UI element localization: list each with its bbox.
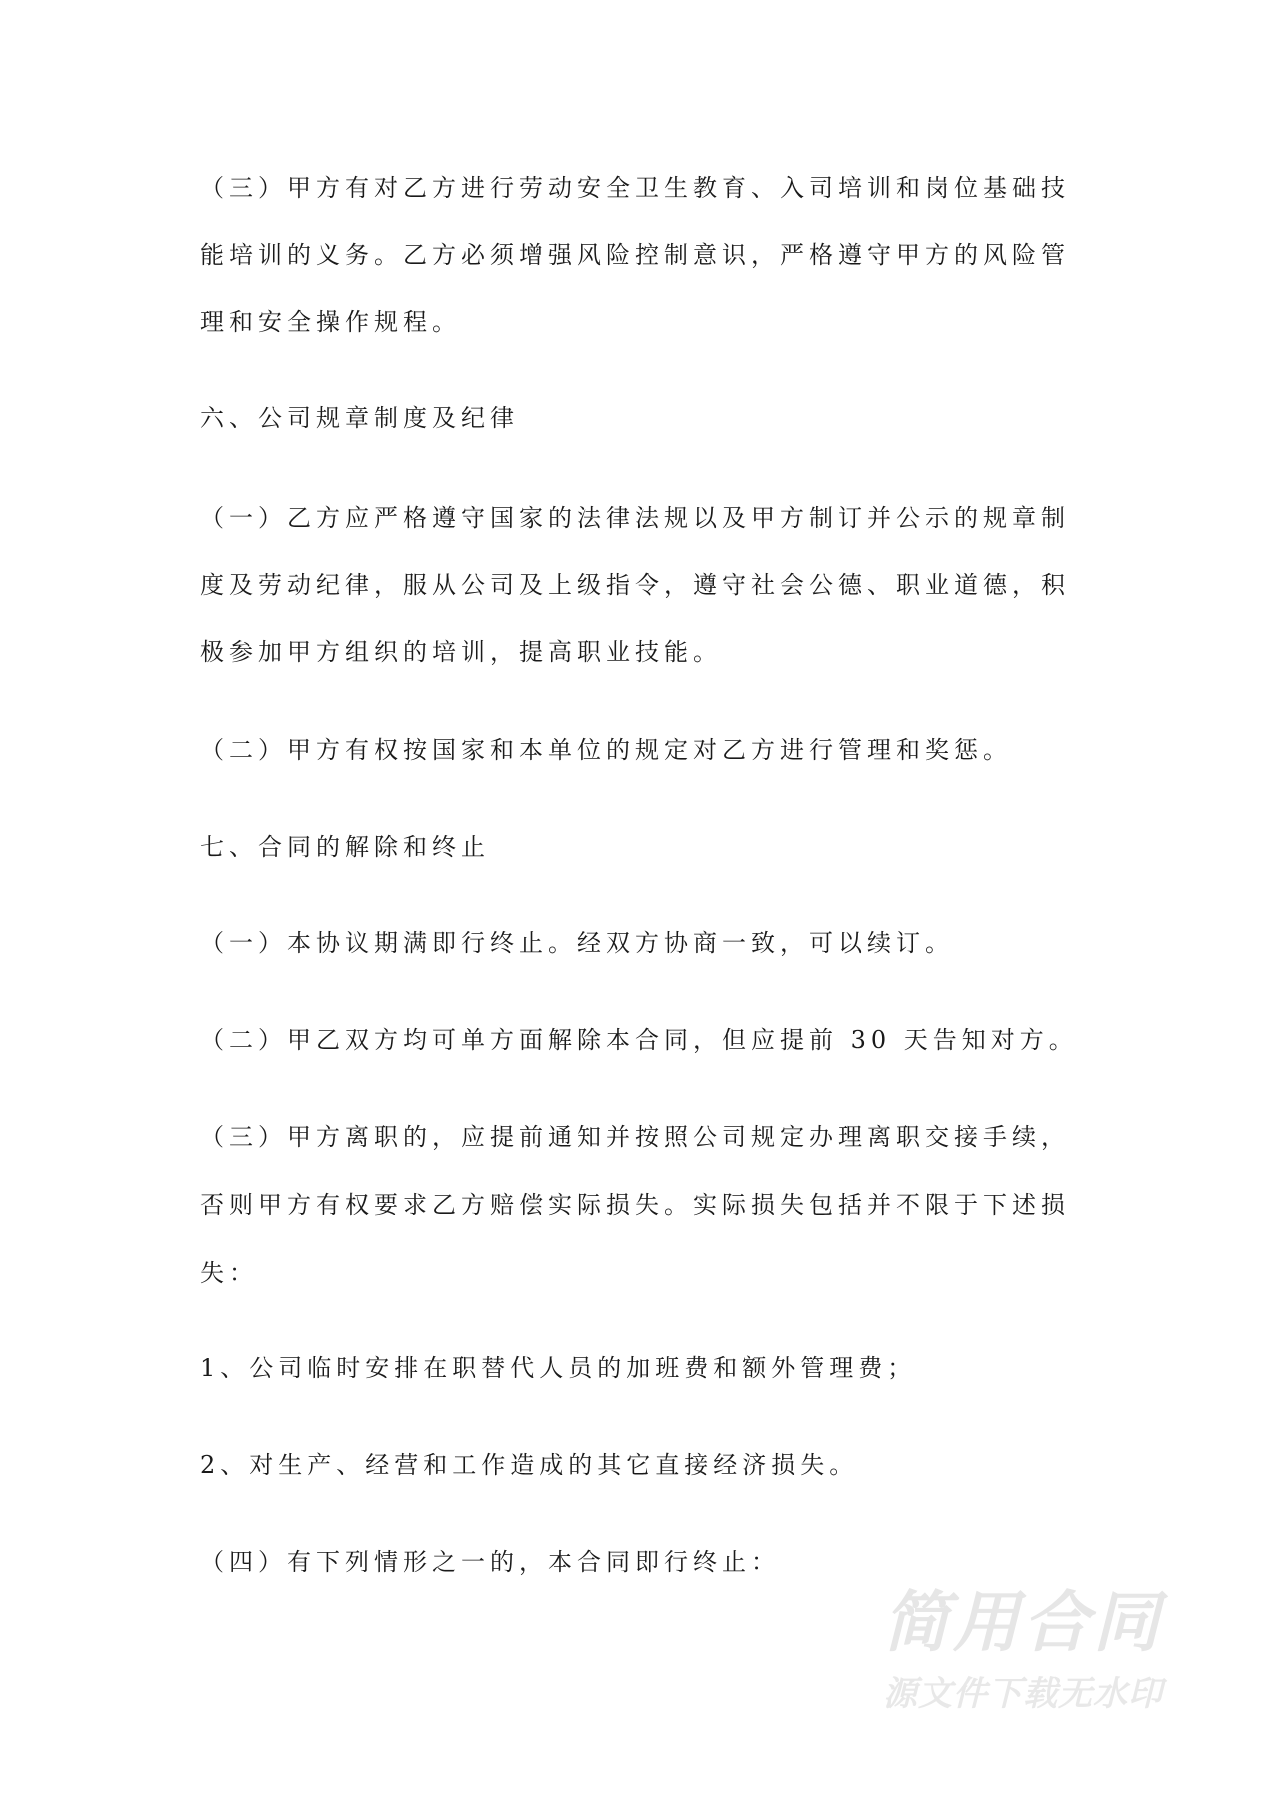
- clause-7-3-line-3: 失：: [200, 1253, 1100, 1293]
- clause-7-3-line-2: 否则甲方有权要求乙方赔偿实际损失。实际损失包括并不限于下述损: [200, 1185, 1100, 1225]
- list-item-1: 1、公司临时安排在职替代人员的加班费和额外管理费；: [200, 1348, 1100, 1388]
- watermark-subtitle: 源文件下载无水印: [883, 1676, 1183, 1712]
- paragraph-3-line-2: 能培训的义务。乙方必须增强风险控制意识，严格遵守甲方的风险管: [200, 235, 1100, 275]
- section-heading-7: 七、合同的解除和终止: [200, 827, 1100, 867]
- list-item-2: 2、对生产、经营和工作造成的其它直接经济损失。: [200, 1445, 1100, 1485]
- clause-7-1: （一）本协议期满即行终止。经双方协商一致，可以续订。: [200, 923, 1100, 963]
- clause-6-1-line-3: 极参加甲方组织的培训，提高职业技能。: [200, 632, 1100, 672]
- section-heading-6: 六、公司规章制度及纪律: [200, 398, 1100, 438]
- clause-6-1-line-2: 度及劳动纪律，服从公司及上级指令，遵守社会公德、职业道德，积: [200, 565, 1100, 605]
- paragraph-3-line-3: 理和安全操作规程。: [200, 302, 1100, 342]
- document-page: （三）甲方有对乙方进行劳动安全卫生教育、入司培训和岗位基础技 能培训的义务。乙方…: [0, 0, 1280, 1810]
- clause-7-4: （四）有下列情形之一的，本合同即行终止：: [200, 1542, 1100, 1582]
- clause-7-2: （二）甲乙双方均可单方面解除本合同，但应提前 30 天告知对方。: [200, 1020, 1100, 1060]
- watermark-title: 简用合同: [883, 1590, 1183, 1656]
- paragraph-3-line-1: （三）甲方有对乙方进行劳动安全卫生教育、入司培训和岗位基础技: [200, 168, 1100, 208]
- clause-6-2: （二）甲方有权按国家和本单位的规定对乙方进行管理和奖惩。: [200, 730, 1100, 770]
- clause-6-1-line-1: （一）乙方应严格遵守国家的法律法规以及甲方制订并公示的规章制: [200, 498, 1100, 538]
- clause-7-3-line-1: （三）甲方离职的，应提前通知并按照公司规定办理离职交接手续，: [200, 1117, 1100, 1157]
